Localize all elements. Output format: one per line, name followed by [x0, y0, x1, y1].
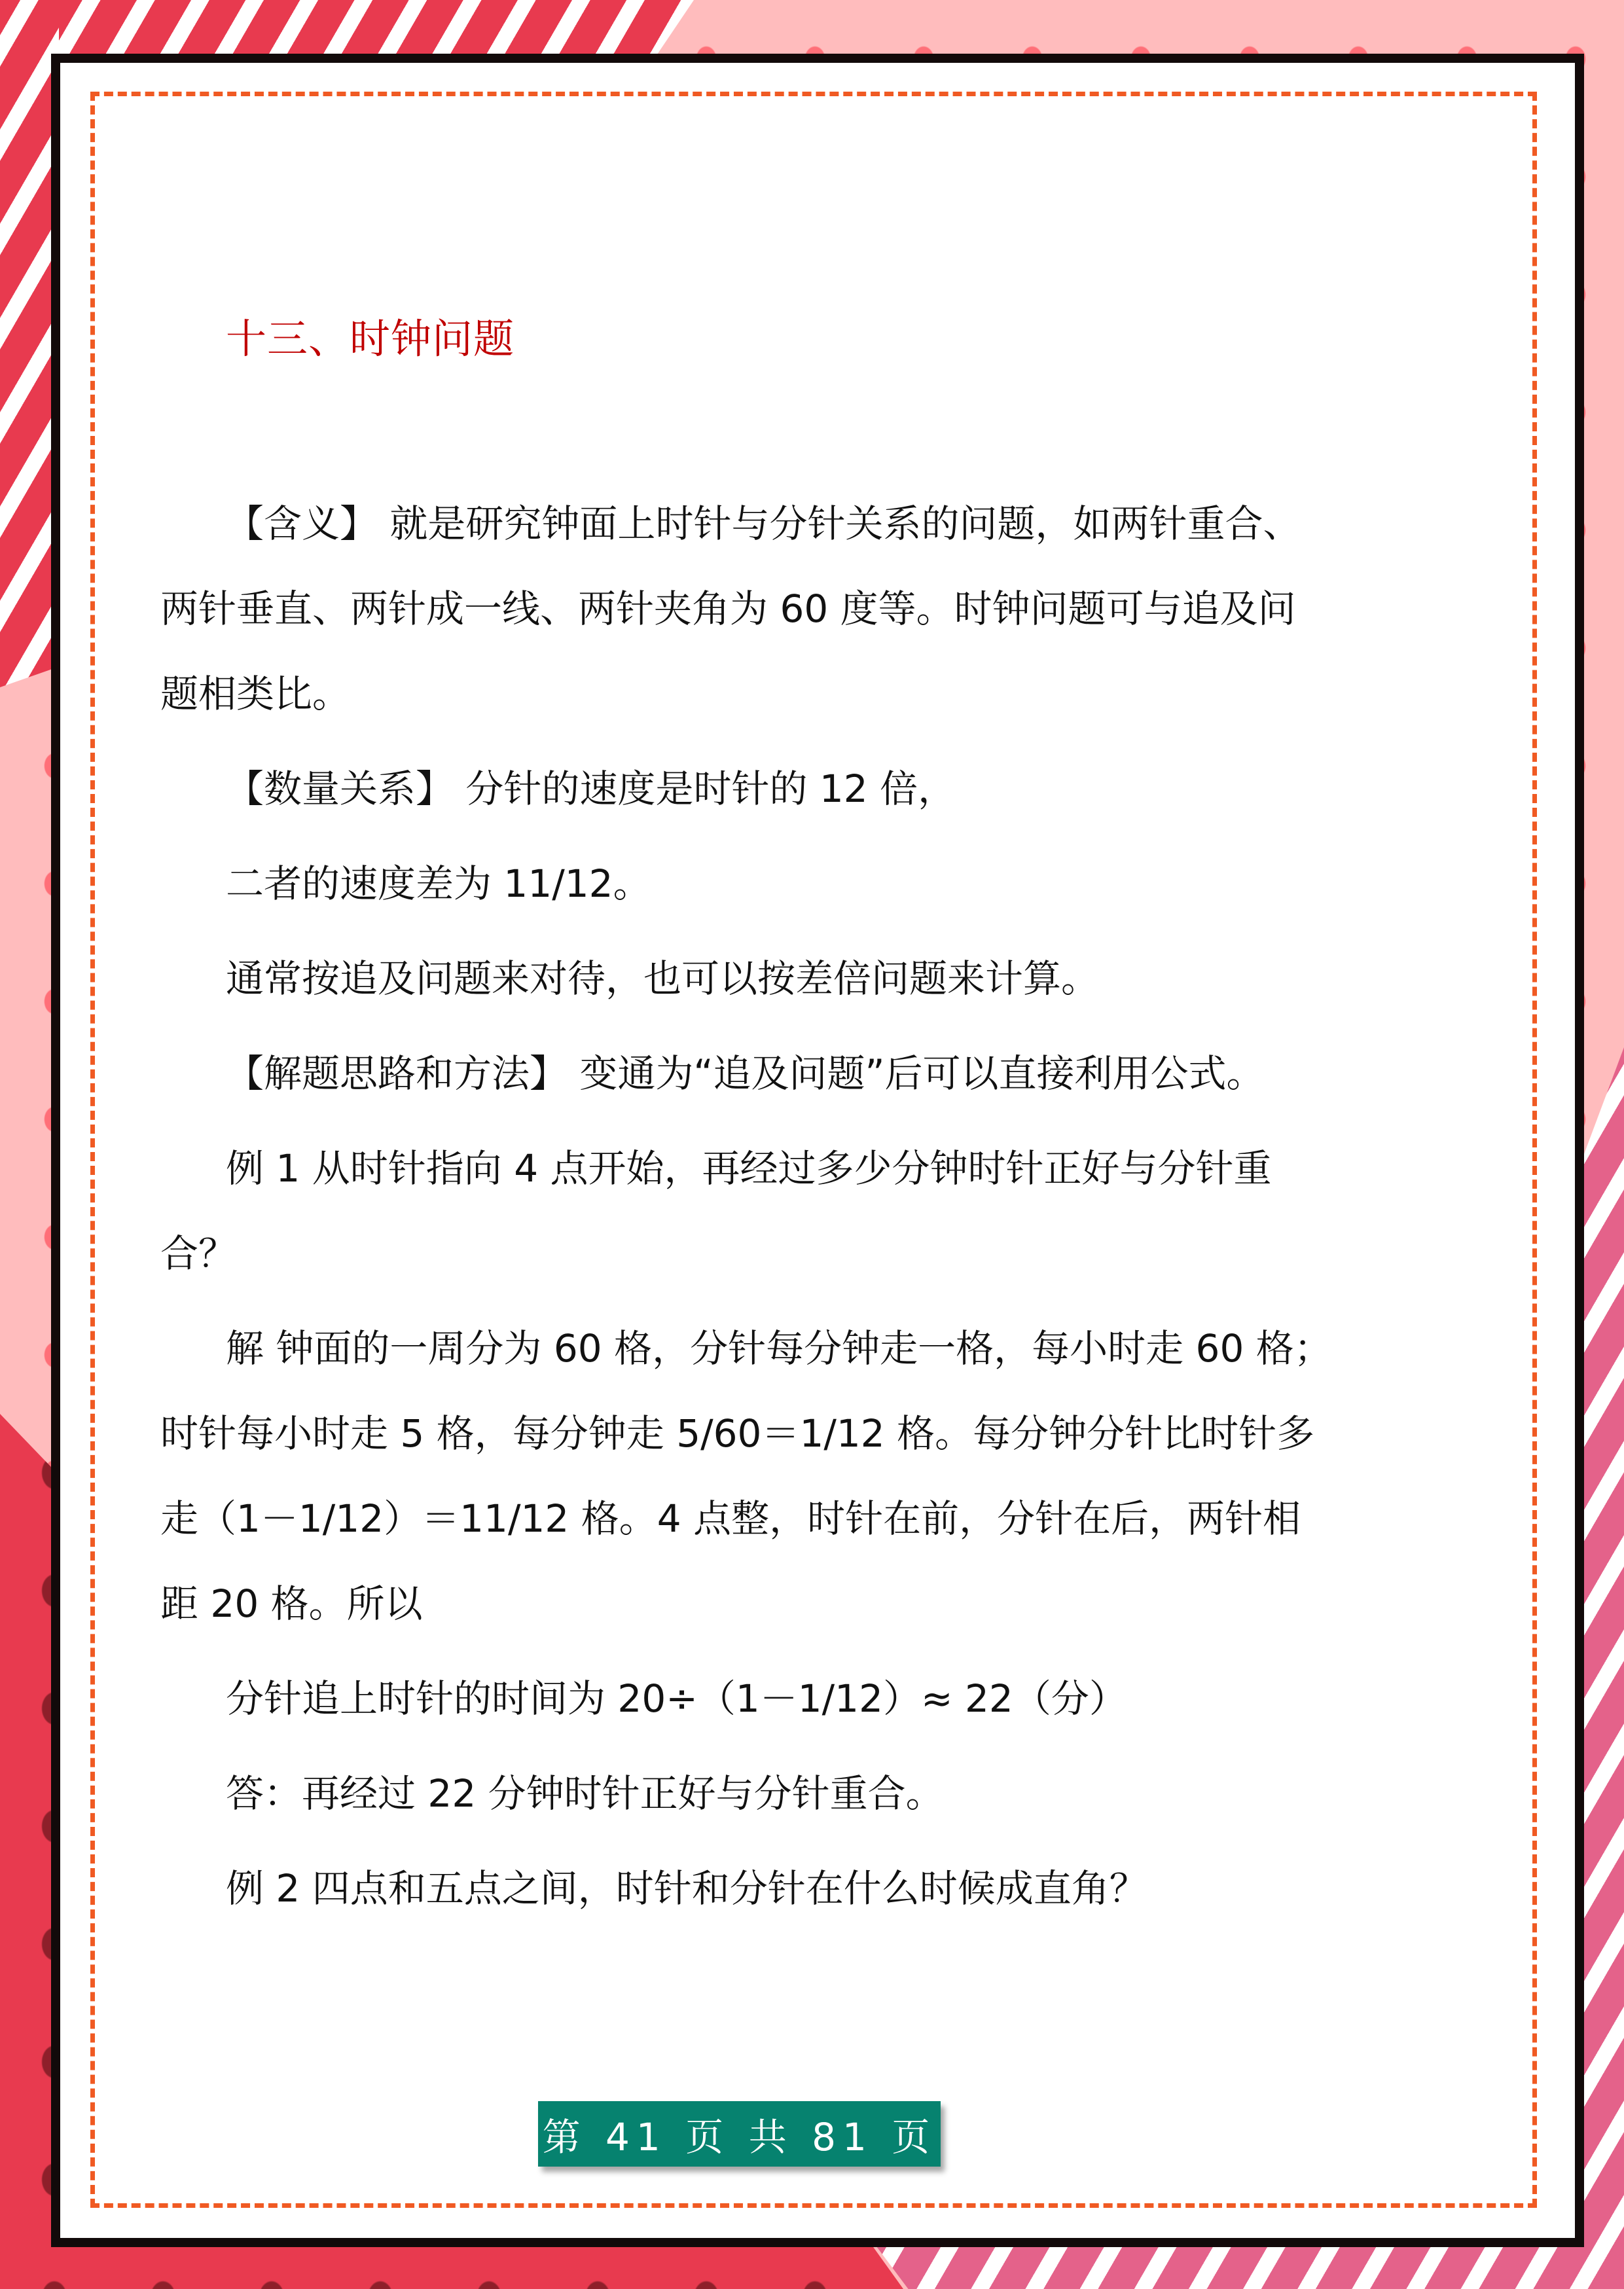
text-line: 答：再经过 22 分钟时针正好与分针重合。	[226, 1751, 944, 1836]
background-left-stripes	[0, 0, 59, 687]
text-line: 【解题思路和方法】 变通为“追及问题”后可以直接利用公式。	[226, 1031, 1265, 1116]
text-line: 距 20 格。所以	[160, 1561, 423, 1646]
text-line: 题相类比。	[160, 651, 350, 736]
text-line: 【含义】 就是研究钟面上时针与分针关系的问题，如两针重合、	[226, 481, 1301, 566]
text-line: 二者的速度差为 11/12。	[226, 841, 651, 926]
text-line: 合？	[160, 1211, 236, 1296]
text-line: 时针每小时走 5 格，每分钟走 5/60＝1/12 格。每分钟分针比时针多	[160, 1391, 1314, 1476]
section-title: 十三、时钟问题	[226, 306, 514, 365]
text-line: 例 2 四点和五点之间，时针和分针在什么时候成直角？	[226, 1846, 1147, 1931]
page-number-label: 第 41 页 共 81 页	[543, 2106, 937, 2161]
background-right-stripes	[1578, 1047, 1624, 2289]
background-left-red-dots	[0, 1414, 59, 2289]
text-line: 走（1－1/12）＝11/12 格。4 点整，时针在前，分针在后，两针相	[160, 1476, 1301, 1561]
text-line: 两针垂直、两针成一线、两针夹角为 60 度等。时钟问题可与追及问	[160, 566, 1296, 651]
page-number-badge: 第 41 页 共 81 页	[538, 2101, 941, 2167]
text-line: 【数量关系】 分针的速度是时针的 12 倍，	[226, 746, 956, 831]
text-line: 解 钟面的一周分为 60 格，分针每分钟走一格，每小时走 60 格；	[226, 1306, 1332, 1391]
text-line: 例 1 从时针指向 4 点开始，再经过多少分钟时针正好与分针重	[226, 1126, 1272, 1211]
text-line: 分针追上时针的时间为 20÷（1－1/12）≈ 22（分）	[226, 1656, 1127, 1741]
text-line: 通常按追及问题来对待，也可以按差倍问题来计算。	[226, 936, 1099, 1021]
